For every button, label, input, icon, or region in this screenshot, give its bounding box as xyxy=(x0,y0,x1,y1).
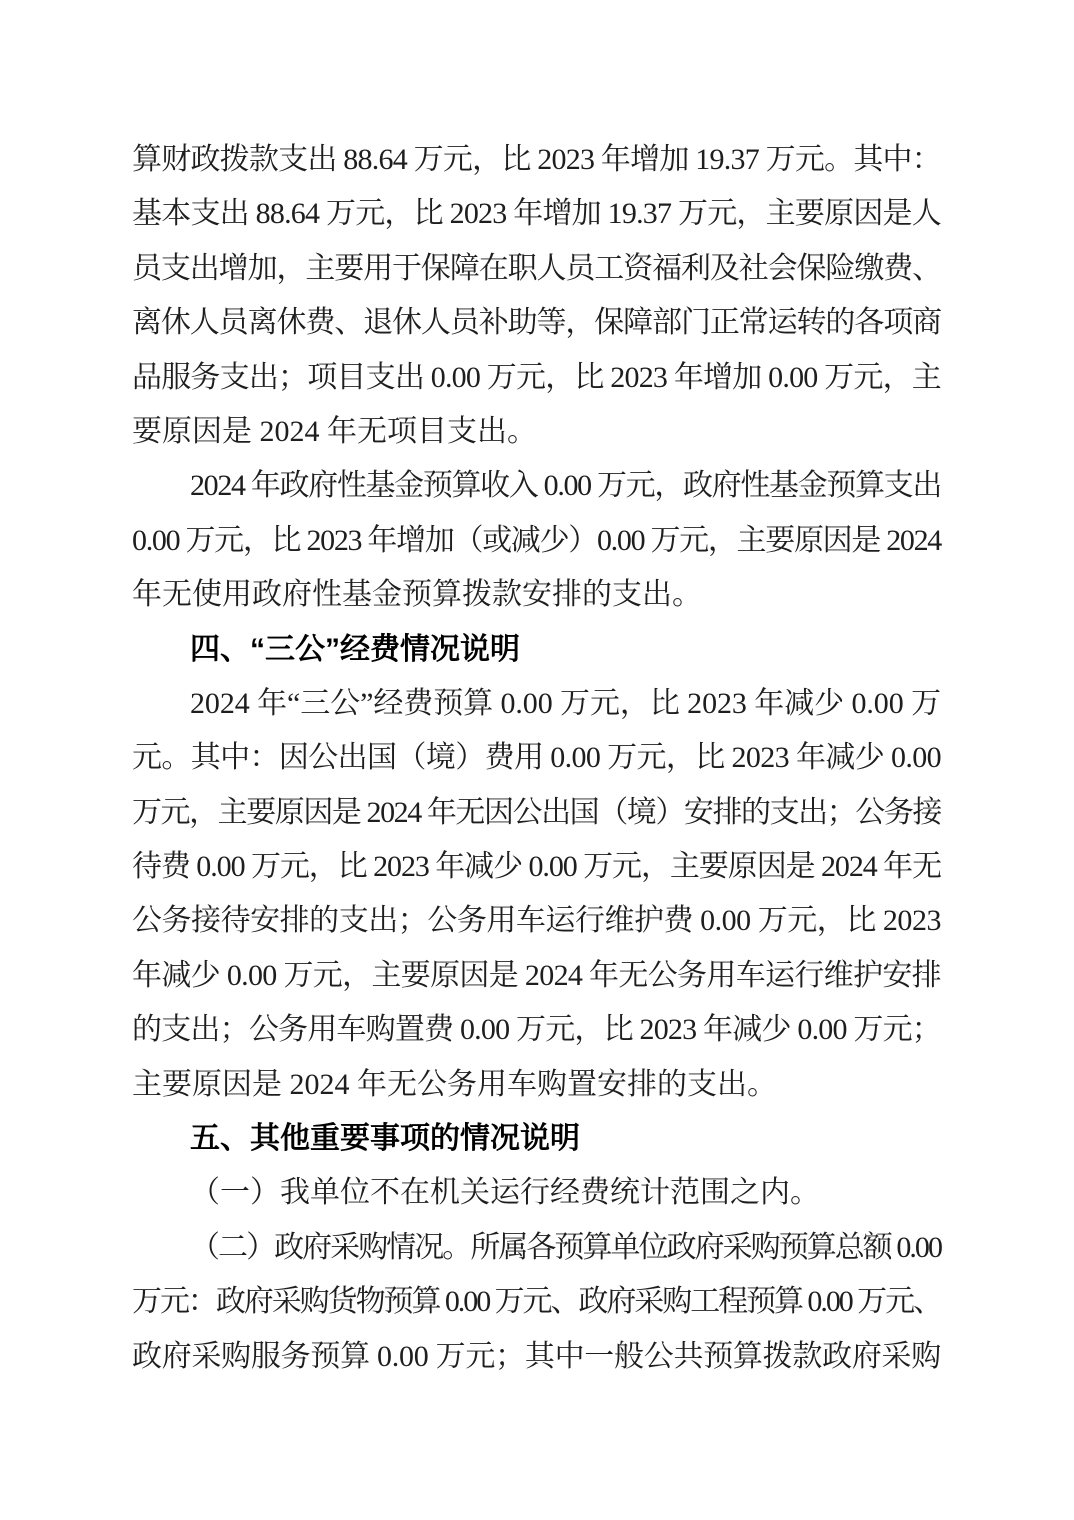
body-line-text: 公务接待安排的支出；公务用车运行维护费 0.00 万元，比 2023 xyxy=(132,904,941,937)
body-line: 政府采购服务预算 0.00 万元；其中一般公共预算拨款政府采购 xyxy=(132,1330,941,1384)
body-line-text: 待费 0.00 万元，比 2023 年减少 0.00 万元，主要原因是 2024… xyxy=(132,850,941,883)
body-line: 品服务支出；项目支出 0.00 万元，比 2023 年增加 0.00 万元，主 xyxy=(132,351,941,405)
body-line-text: 政府采购服务预算 0.00 万元；其中一般公共预算拨款政府采购 xyxy=(132,1340,941,1373)
section-heading-text: 五、其他重要事项的情况说明 xyxy=(190,1122,580,1155)
body-line: 元。其中：因公出国（境）费用 0.00 万元，比 2023 年减少 0.00 xyxy=(132,731,941,785)
body-line: 算财政拨款支出 88.64 万元，比 2023 年增加 19.37 万元。其中： xyxy=(132,133,941,187)
body-line-text: 基本支出 88.64 万元，比 2023 年增加 19.37 万元，主要原因是人 xyxy=(132,197,941,230)
body-line-text: 2024 年政府性基金预算收入 0.00 万元，政府性基金预算支出 xyxy=(190,469,941,502)
body-line: （一）我单位不在机关运行经费统计范围之内。 xyxy=(132,1166,941,1220)
body-line-text: 的支出；公务用车购置费 0.00 万元，比 2023 年减少 0.00 万元； xyxy=(132,1013,941,1046)
body-line: 要原因是 2024 年无项目支出。 xyxy=(132,405,941,459)
body-line: 公务接待安排的支出；公务用车运行维护费 0.00 万元，比 2023 xyxy=(132,894,941,948)
body-line: 年无使用政府性基金预算拨款安排的支出。 xyxy=(132,568,941,622)
body-line-text: 万元，主要原因是 2024 年无因公出国（境）安排的支出；公务接 xyxy=(132,796,941,829)
text-block: 算财政拨款支出 88.64 万元，比 2023 年增加 19.37 万元。其中：… xyxy=(132,133,941,1384)
body-line: （二）政府采购情况。所属各预算单位政府采购预算总额 0.00 xyxy=(132,1221,941,1275)
body-line: 年减少 0.00 万元，主要原因是 2024 年无公务用车运行维护安排 xyxy=(132,949,941,1003)
body-line-text: 2024 年“三公”经费预算 0.00 万元，比 2023 年减少 0.00 万 xyxy=(190,687,941,720)
body-line: 的支出；公务用车购置费 0.00 万元，比 2023 年减少 0.00 万元； xyxy=(132,1003,941,1057)
body-line-text: 年减少 0.00 万元，主要原因是 2024 年无公务用车运行维护安排 xyxy=(132,959,941,992)
body-line: 待费 0.00 万元，比 2023 年减少 0.00 万元，主要原因是 2024… xyxy=(132,840,941,894)
body-line-text: 年无使用政府性基金预算拨款安排的支出。 xyxy=(132,578,702,611)
body-line-text: （二）政府采购情况。所属各预算单位政府采购预算总额 0.00 xyxy=(190,1231,941,1264)
body-line: 主要原因是 2024 年无公务用车购置安排的支出。 xyxy=(132,1058,941,1112)
body-line: 2024 年“三公”经费预算 0.00 万元，比 2023 年减少 0.00 万 xyxy=(132,677,941,731)
body-line-text: 员支出增加，主要用于保障在职人员工资福利及社会保险缴费、 xyxy=(132,252,941,285)
body-line-text: 主要原因是 2024 年无公务用车购置安排的支出。 xyxy=(132,1068,777,1101)
body-line-text: 0.00 万元，比 2023 年增加（或减少）0.00 万元，主要原因是 202… xyxy=(132,524,941,557)
body-line-text: 算财政拨款支出 88.64 万元，比 2023 年增加 19.37 万元。其中： xyxy=(132,143,941,176)
body-line: 离休人员离休费、退休人员补助等，保障部门正常运转的各项商 xyxy=(132,296,941,350)
body-line: 员支出增加，主要用于保障在职人员工资福利及社会保险缴费、 xyxy=(132,242,941,296)
body-line-text: 元。其中：因公出国（境）费用 0.00 万元，比 2023 年减少 0.00 xyxy=(132,741,941,774)
body-line: 万元：政府采购货物预算 0.00 万元、政府采购工程预算 0.00 万元、 xyxy=(132,1275,941,1329)
section-heading-four: 四、“三公”经费情况说明 xyxy=(132,623,941,677)
body-line-text: （一）我单位不在机关运行经费统计范围之内。 xyxy=(190,1176,820,1209)
body-line-text: 要原因是 2024 年无项目支出。 xyxy=(132,415,537,448)
body-line: 0.00 万元，比 2023 年增加（或减少）0.00 万元，主要原因是 202… xyxy=(132,514,941,568)
section-heading-five: 五、其他重要事项的情况说明 xyxy=(132,1112,941,1166)
body-line: 2024 年政府性基金预算收入 0.00 万元，政府性基金预算支出 xyxy=(132,459,941,513)
body-line: 万元，主要原因是 2024 年无因公出国（境）安排的支出；公务接 xyxy=(132,786,941,840)
section-heading-text: 四、“三公”经费情况说明 xyxy=(190,633,520,666)
document-page: 算财政拨款支出 88.64 万元，比 2023 年增加 19.37 万元。其中：… xyxy=(0,0,1074,1520)
body-line-text: 万元：政府采购货物预算 0.00 万元、政府采购工程预算 0.00 万元、 xyxy=(132,1285,941,1318)
body-line-text: 品服务支出；项目支出 0.00 万元，比 2023 年增加 0.00 万元，主 xyxy=(132,361,941,394)
body-line: 基本支出 88.64 万元，比 2023 年增加 19.37 万元，主要原因是人 xyxy=(132,187,941,241)
body-line-text: 离休人员离休费、退休人员补助等，保障部门正常运转的各项商 xyxy=(132,306,941,339)
